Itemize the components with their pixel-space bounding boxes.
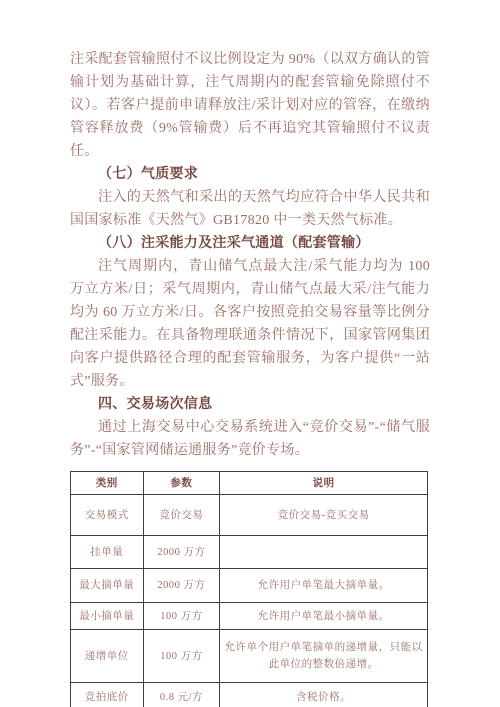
heading-trade-session-info: 四、交易场次信息	[70, 393, 430, 416]
heading-gas-quality: （七）气质要求	[70, 163, 430, 186]
cell-parameter: 100 万方	[143, 603, 220, 630]
table-header-parameter: 参数	[143, 472, 220, 495]
table-row-listed-volume: 挂单量 2000 万方	[71, 536, 428, 569]
cell-description: 含税价格。	[220, 683, 428, 707]
cell-parameter: 2000 万方	[143, 536, 220, 569]
paragraph-gas-quality: 注入的天然气和采出的天然气均应符合中华人民共和国国家标准《天然气》GB17820…	[70, 186, 430, 232]
cell-parameter: 100 万方	[143, 630, 220, 683]
cell-parameter: 0.8 元/方	[143, 683, 220, 707]
cell-category: 最小摘单量	[71, 603, 144, 630]
cell-category: 挂单量	[71, 536, 144, 569]
cell-description: 允许单个用户单笔摘单的递增量，只能以此单位的整数倍递增。	[220, 630, 428, 683]
heading-injection-capacity: （八）注采能力及注采气通道（配套管输）	[70, 232, 430, 255]
cell-description: 允许用户单笔最大摘单量。	[220, 569, 428, 603]
cell-description	[220, 536, 428, 569]
cell-category: 递增单位	[71, 630, 144, 683]
cell-parameter: 2000 万方	[143, 569, 220, 603]
document-content: 注采配套管输照付不议比例设定为 90%（以双方确认的管输计划为基础计算，注气周期…	[70, 48, 430, 707]
paragraph-pipeline-terms: 注采配套管输照付不议比例设定为 90%（以双方确认的管输计划为基础计算，注气周期…	[70, 48, 430, 163]
document-page: 注采配套管输照付不议比例设定为 90%（以双方确认的管输计划为基础计算，注气周期…	[0, 0, 500, 707]
trade-session-table: 类别 参数 说明 交易模式 竞价交易 竞价交易-竞买交易 挂单量 2000 万方	[70, 471, 428, 707]
cell-category: 最大摘单量	[71, 569, 144, 603]
cell-description: 允许用户单笔最小摘单量。	[220, 603, 428, 630]
paragraph-trade-entry: 通过上海交易中心交易系统进入“竞价交易”-“储气服务”-“国家管网储运通服务”竞…	[70, 416, 430, 462]
cell-description: 竞价交易-竞买交易	[220, 495, 428, 536]
table-row-max-take-volume: 最大摘单量 2000 万方 允许用户单笔最大摘单量。	[71, 569, 428, 603]
paragraph-injection-capacity: 注气周期内，青山储气点最大注/采气能力均为 100 万立方米/日；采气周期内，青…	[70, 255, 430, 393]
table-header-row: 类别 参数 说明	[71, 472, 428, 495]
cell-parameter: 竞价交易	[143, 495, 220, 536]
table-row-auction-floor-price: 竞拍底价 0.8 元/方 含税价格。	[71, 683, 428, 707]
table-row-trade-mode: 交易模式 竞价交易 竞价交易-竞买交易	[71, 495, 428, 536]
cell-category: 交易模式	[71, 495, 144, 536]
cell-category: 竞拍底价	[71, 683, 144, 707]
table-row-increment-unit: 递增单位 100 万方 允许单个用户单笔摘单的递增量，只能以此单位的整数倍递增。	[71, 630, 428, 683]
table-header-category: 类别	[71, 472, 144, 495]
table-header-description: 说明	[220, 472, 428, 495]
table-row-min-take-volume: 最小摘单量 100 万方 允许用户单笔最小摘单量。	[71, 603, 428, 630]
